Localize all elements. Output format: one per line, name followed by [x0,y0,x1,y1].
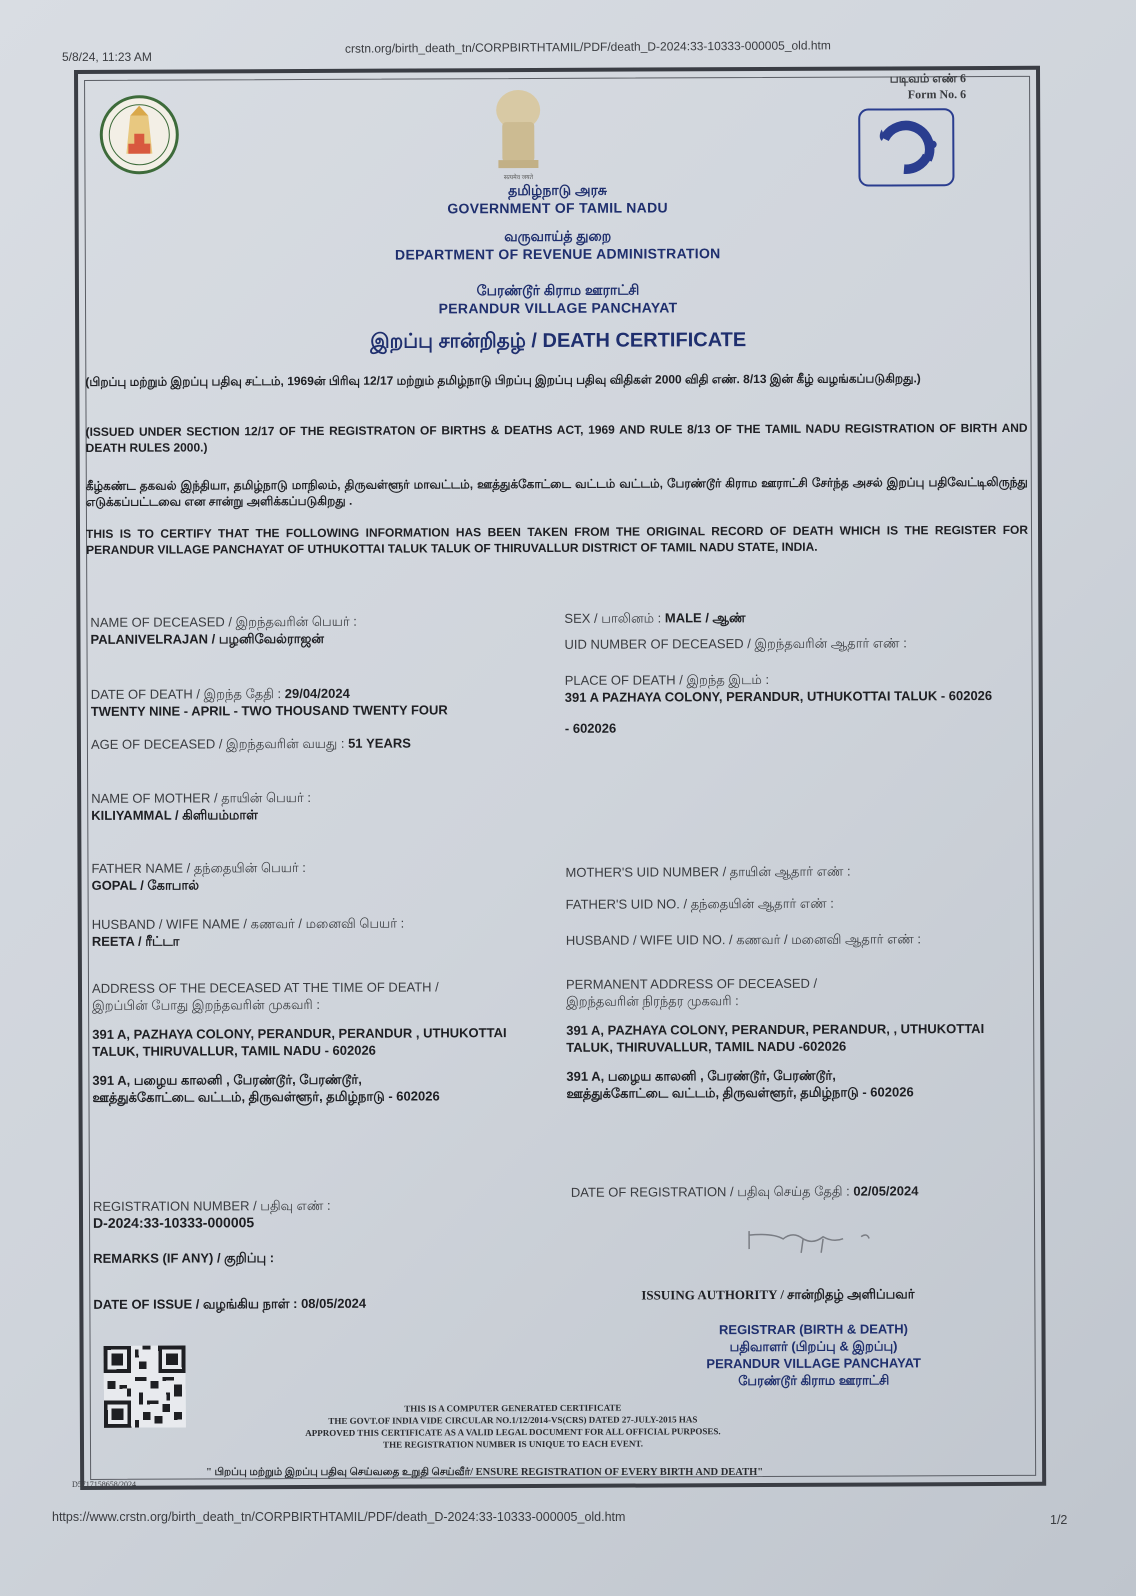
issue-date-label: DATE OF ISSUE / வழங்கிய நாள் : [93,1296,301,1312]
registrar-panchayat-ta: பேரண்டூர் கிராம ஊராட்சி [664,1371,964,1389]
document-code: D5717158658/2024 [72,1480,136,1489]
permanent-address-label: PERMANENT ADDRESS OF DECEASED / [566,974,984,993]
permanent-address-field: PERMANENT ADDRESS OF DECEASED / இறந்தவரி… [566,974,985,1102]
age-label: AGE OF DECEASED / இறந்தவரின் வயது : [91,736,348,752]
certificate-title: இறப்பு சான்றிதழ் / DEATH CERTIFICATE [79,328,1037,357]
issuing-authority-label: ISSUING AUTHORITY / சான்றிதழ் அளிப்பவர் [641,1286,914,1304]
registrar-title-en: REGISTRAR (BIRTH & DEATH) [663,1320,963,1338]
sex-label: SEX / பாலினம் : [564,610,665,625]
father-uid-field: FATHER'S UID NO. / தந்தையின் ஆதார் எண் : [566,895,834,913]
address-at-death-en-1: 391 A, PAZHAYA COLONY, PERANDUR, PERANDU… [92,1024,506,1043]
spouse-name-label: HUSBAND / WIFE NAME / கணவர் / மனைவி பெயர… [92,915,405,933]
date-of-death-words: TWENTY NINE - APRIL - TWO THOUSAND TWENT… [91,701,448,720]
permanent-address-en-1: 391 A, PAZHAYA COLONY, PERANDUR, PERANDU… [566,1020,984,1039]
tamil-nadu-emblem-icon [98,94,180,176]
sex-value: MALE / ஆண் [665,610,746,625]
print-url: crstn.org/birth_death_tn/CORPBIRTHTAMIL/… [345,38,831,55]
issue-date-value: 08/05/2024 [301,1296,366,1311]
date-of-death-label: DATE OF DEATH / இறந்த தேதி : [91,686,285,702]
certificate-frame: सत्यमेव जयते படிவம் எண் 6 Form No. 6 தமி… [74,66,1046,1490]
deceased-name-value: PALANIVELRAJAN / பழனிவேல்ராஜன் [90,630,357,648]
mother-name-label: NAME OF MOTHER / தாயின் பெயர் : [91,789,311,807]
signature-icon [743,1222,883,1257]
spouse-name-value: REETA / ரீட்டா [92,932,405,950]
remarks-label: REMARKS (IF ANY) / குறிப்பு : [93,1249,274,1267]
place-of-death-pincode: - 602026 [565,718,992,737]
permanent-address-label-tamil: இறந்தவரின் நிரந்தர முகவரி : [566,991,984,1010]
registrar-panchayat-en: PERANDUR VILLAGE PANCHAYAT [664,1354,964,1372]
preamble-english-issue: (ISSUED UNDER SECTION 12/17 OF THE REGIS… [86,420,1028,456]
registration-date-value: 02/05/2024 [853,1183,918,1198]
form-number-tamil: படிவம் எண் 6 [890,70,966,86]
qr-code-icon [104,1346,186,1428]
preamble-tamil-certify: கீழ்கண்ட தகவல் இந்தியா, தமிழ்நாடு மாநிலம… [86,474,1028,510]
uid-field: UID NUMBER OF DECEASED / இறந்தவரின் ஆதார… [564,634,906,652]
registrar-signature [743,1222,883,1262]
registrar-title-ta: பதிவாளர் (பிறப்பு & இறப்பு) [664,1337,964,1355]
address-at-death-en-2: TALUK, THIRUVALLUR, TAMIL NADU - 602026 [92,1041,506,1060]
permanent-address-ta-1: 391 A, பழைய காலனி , பேரண்டூர், பேரண்டூர்… [566,1066,984,1085]
print-page-number: 1/2 [1050,1513,1067,1527]
sex-field: SEX / பாலினம் : MALE / ஆண் [564,609,745,627]
registration-number-label: REGISTRATION NUMBER / பதிவு எண் : [93,1197,331,1215]
mother-uid-field: MOTHER'S UID NUMBER / தாயின் ஆதார் எண் : [565,863,850,881]
registration-slogan: " பிறப்பு மற்றும் இறப்பு பதிவு செய்வதை உ… [206,1466,763,1479]
address-at-death-field: ADDRESS OF THE DECEASED AT THE TIME OF D… [92,978,507,1106]
ashoka-emblem-icon: सत्यमेव जयते [488,82,548,182]
print-footer-url: https://www.crstn.org/birth_death_tn/COR… [52,1510,625,1524]
date-of-death-value: 29/04/2024 [285,686,350,701]
address-at-death-label: ADDRESS OF THE DECEASED AT THE TIME OF D… [92,978,506,997]
mother-name-value: KILIYAMMAL / கிளியம்மாள் [91,806,311,824]
father-name-label: FATHER NAME / தந்தையின் பெயர் : [91,859,305,877]
deceased-name-label: NAME OF DECEASED / இறந்தவரின் பெயர் : [90,613,357,631]
uid-label: UID NUMBER OF DECEASED / இறந்தவரின் ஆதார… [564,635,906,651]
form-number-english: Form No. 6 [890,86,966,102]
spouse-uid-field: HUSBAND / WIFE UID NO. / கணவர் / மனைவி ஆ… [566,930,921,949]
print-datetime: 5/8/24, 11:23 AM [62,50,152,64]
age-value: 51 YEARS [348,736,411,751]
place-of-death-field: PLACE OF DEATH / இறந்த இடம் : 391 A PAZH… [565,670,993,737]
address-at-death-label-tamil: இறப்பின் போது இறந்தவரின் முகவரி : [92,995,506,1014]
registration-number-value: D-2024:33-10333-000005 [93,1214,331,1232]
registration-number-field: REGISTRATION NUMBER / பதிவு எண் : D-2024… [93,1197,331,1232]
address-at-death-ta-2: ஊத்துக்கோட்டை வட்டம், திருவள்ளூர், தமிழ்… [92,1087,506,1106]
place-of-death-value: 391 A PAZHAYA COLONY, PERANDUR, UTHUKOTT… [565,687,992,706]
spouse-uid-label: HUSBAND / WIFE UID NO. / கணவர் / மனைவி ஆ… [566,931,921,948]
deceased-name-field: NAME OF DECEASED / இறந்தவரின் பெயர் : PA… [90,613,357,648]
preamble-english-certify: THIS IS TO CERTIFY THAT THE FOLLOWING IN… [86,522,1028,558]
mother-uid-label: MOTHER'S UID NUMBER / தாயின் ஆதார் எண் : [565,864,850,880]
svg-text:सत्यमेव जयते: सत्यमेव जयते [504,173,534,181]
spouse-name-field: HUSBAND / WIFE NAME / கணவர் / மனைவி பெயர… [92,915,405,950]
age-field: AGE OF DECEASED / இறந்தவரின் வயது : 51 Y… [91,735,411,753]
form-number: படிவம் எண் 6 Form No. 6 [890,70,966,102]
date-of-death-field: DATE OF DEATH / இறந்த தேதி : 29/04/2024 … [91,684,448,720]
issue-date-field: DATE OF ISSUE / வழங்கிய நாள் : 08/05/202… [93,1295,366,1313]
place-of-death-label: PLACE OF DEATH / இறந்த இடம் : [565,670,992,689]
permanent-address-ta-2: ஊத்துக்கோட்டை வட்டம், திருவள்ளூர், தமிழ்… [566,1083,984,1102]
computer-generated-note: THIS IS A COMPUTER GENERATED CERTIFICATE… [184,1401,842,1452]
registration-date-label: DATE OF REGISTRATION / பதிவு செய்த தேதி … [571,1184,854,1200]
mother-name-field: NAME OF MOTHER / தாயின் பெயர் : KILIYAMM… [91,789,311,824]
permanent-address-en-2: TALUK, THIRUVALLUR, TAMIL NADU -602026 [566,1037,984,1056]
father-name-field: FATHER NAME / தந்தையின் பெயர் : GOPAL / … [91,859,306,894]
registration-date-field: DATE OF REGISTRATION / பதிவு செய்த தேதி … [571,1182,919,1201]
father-uid-label: FATHER'S UID NO. / தந்தையின் ஆதார் எண் : [566,896,834,912]
registrar-block: REGISTRAR (BIRTH & DEATH) பதிவாளர் (பிறப… [663,1320,963,1389]
crs-logo-icon [858,108,954,186]
father-name-value: GOPAL / கோபால் [92,876,306,894]
address-at-death-ta-1: 391 A, பழைய காலனி , பேரண்டூர், பேரண்டூர்… [92,1070,506,1089]
